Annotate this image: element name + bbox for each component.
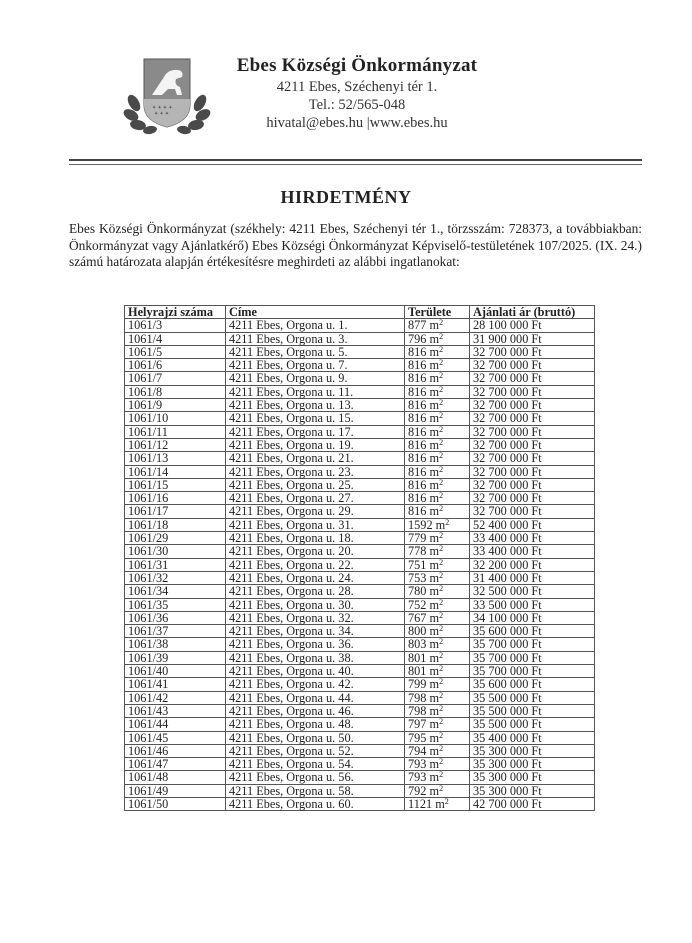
cell-hrsz: 1061/31 <box>125 558 226 571</box>
area-value: 752 <box>408 598 426 612</box>
cell-price: 32 500 000 Ft <box>470 585 595 598</box>
cell-area: 803 m2 <box>405 638 470 651</box>
header-price: Ajánlati ár (bruttó) <box>470 306 595 319</box>
cell-area: 752 m2 <box>405 598 470 611</box>
cell-area: 816 m2 <box>405 505 470 518</box>
area-unit: m <box>430 451 440 465</box>
area-unit-exponent: 2 <box>439 664 443 673</box>
area-value: 751 <box>408 558 426 572</box>
area-unit-exponent: 2 <box>439 465 443 474</box>
cell-hrsz: 1061/10 <box>125 412 226 425</box>
area-value: 794 <box>408 744 426 758</box>
cell-area: 816 m2 <box>405 345 470 358</box>
organization-address: 4211 Ebes, Széchenyi tér 1. <box>222 78 492 96</box>
cell-hrsz: 1061/47 <box>125 758 226 771</box>
table-row: 1061/364211 Ebes, Orgona u. 32.767 m234 … <box>125 611 595 624</box>
cell-price: 32 200 000 Ft <box>470 558 595 571</box>
area-unit-exponent: 2 <box>439 584 443 593</box>
area-value: 780 <box>408 584 426 598</box>
cell-hrsz: 1061/15 <box>125 478 226 491</box>
area-value: 816 <box>408 358 426 372</box>
area-unit: m <box>430 345 440 359</box>
cell-price: 32 700 000 Ft <box>470 478 595 491</box>
area-value: 816 <box>408 345 426 359</box>
cell-area: 816 m2 <box>405 412 470 425</box>
area-value: 816 <box>408 411 426 425</box>
cell-address: 4211 Ebes, Orgona u. 56. <box>226 771 405 784</box>
cell-address: 4211 Ebes, Orgona u. 27. <box>226 492 405 505</box>
area-value: 793 <box>408 757 426 771</box>
cell-hrsz: 1061/17 <box>125 505 226 518</box>
cell-address: 4211 Ebes, Orgona u. 48. <box>226 718 405 731</box>
header-area: Területe <box>405 306 470 319</box>
area-unit-exponent: 2 <box>439 478 443 487</box>
area-unit: m <box>430 637 440 651</box>
area-unit: m <box>430 677 440 691</box>
table-row: 1061/484211 Ebes, Orgona u. 56.793 m235 … <box>125 771 595 784</box>
cell-hrsz: 1061/5 <box>125 345 226 358</box>
cell-address: 4211 Ebes, Orgona u. 24. <box>226 571 405 584</box>
table-row: 1061/304211 Ebes, Orgona u. 20.778 m233 … <box>125 545 595 558</box>
table-row: 1061/294211 Ebes, Orgona u. 18.779 m233 … <box>125 532 595 545</box>
area-unit-exponent: 2 <box>439 770 443 779</box>
cell-price: 32 700 000 Ft <box>470 412 595 425</box>
area-value: 799 <box>408 677 426 691</box>
cell-price: 28 100 000 Ft <box>470 319 595 332</box>
cell-price: 35 300 000 Ft <box>470 771 595 784</box>
area-unit-exponent: 2 <box>439 544 443 553</box>
cell-hrsz: 1061/38 <box>125 638 226 651</box>
area-unit-exponent: 2 <box>439 598 443 607</box>
table-row: 1061/314211 Ebes, Orgona u. 22.751 m232 … <box>125 558 595 571</box>
table-row: 1061/444211 Ebes, Orgona u. 48.797 m235 … <box>125 718 595 731</box>
cell-area: 877 m2 <box>405 319 470 332</box>
cell-hrsz: 1061/39 <box>125 651 226 664</box>
cell-hrsz: 1061/40 <box>125 665 226 678</box>
table-row: 1061/394211 Ebes, Orgona u. 38.801 m235 … <box>125 651 595 664</box>
cell-area: 800 m2 <box>405 625 470 638</box>
cell-area: 779 m2 <box>405 532 470 545</box>
cell-area: 816 m2 <box>405 438 470 451</box>
table-row: 1061/34211 Ebes, Orgona u. 1.877 m228 10… <box>125 319 595 332</box>
cell-price: 33 400 000 Ft <box>470 545 595 558</box>
area-value: 798 <box>408 704 426 718</box>
table-row: 1061/384211 Ebes, Orgona u. 36.803 m235 … <box>125 638 595 651</box>
cell-hrsz: 1061/41 <box>125 678 226 691</box>
cell-address: 4211 Ebes, Orgona u. 30. <box>226 598 405 611</box>
area-value: 877 <box>408 318 426 332</box>
cell-price: 33 500 000 Ft <box>470 598 595 611</box>
area-unit: m <box>430 478 440 492</box>
cell-hrsz: 1061/18 <box>125 518 226 531</box>
cell-hrsz: 1061/44 <box>125 718 226 731</box>
area-unit: m <box>430 770 440 784</box>
table-row: 1061/134211 Ebes, Orgona u. 21.816 m232 … <box>125 452 595 465</box>
coat-of-arms-icon: ✦ ✦ ✦ ✦ ✦ ✦ ✦ <box>122 55 212 135</box>
cell-price: 32 700 000 Ft <box>470 452 595 465</box>
cell-address: 4211 Ebes, Orgona u. 18. <box>226 532 405 545</box>
cell-hrsz: 1061/11 <box>125 425 226 438</box>
table-row: 1061/494211 Ebes, Orgona u. 58.792 m235 … <box>125 784 595 797</box>
area-unit-exponent: 2 <box>439 531 443 540</box>
cell-address: 4211 Ebes, Orgona u. 7. <box>226 359 405 372</box>
cell-area: 793 m2 <box>405 758 470 771</box>
table-row: 1061/504211 Ebes, Orgona u. 60.1121 m242… <box>125 797 595 810</box>
cell-price: 35 500 000 Ft <box>470 691 595 704</box>
area-value: 1121 <box>408 797 432 811</box>
cell-address: 4211 Ebes, Orgona u. 1. <box>226 319 405 332</box>
cell-hrsz: 1061/43 <box>125 704 226 717</box>
cell-price: 32 700 000 Ft <box>470 425 595 438</box>
cell-price: 32 700 000 Ft <box>470 359 595 372</box>
table-row: 1061/84211 Ebes, Orgona u. 11.816 m232 7… <box>125 385 595 398</box>
area-unit: m <box>430 318 440 332</box>
area-unit: m <box>430 624 440 638</box>
area-unit: m <box>430 757 440 771</box>
area-value: 816 <box>408 385 426 399</box>
area-unit: m <box>430 398 440 412</box>
table-row: 1061/74211 Ebes, Orgona u. 9.816 m232 70… <box>125 372 595 385</box>
area-unit: m <box>430 598 440 612</box>
area-unit: m <box>430 544 440 558</box>
area-unit-exponent: 2 <box>439 744 443 753</box>
area-unit: m <box>430 504 440 518</box>
cell-area: 1121 m2 <box>405 797 470 810</box>
area-value: 816 <box>408 371 426 385</box>
area-value: 1592 <box>408 518 433 532</box>
cell-address: 4211 Ebes, Orgona u. 60. <box>226 797 405 810</box>
cell-price: 33 400 000 Ft <box>470 532 595 545</box>
area-unit: m <box>430 744 440 758</box>
cell-address: 4211 Ebes, Orgona u. 32. <box>226 611 405 624</box>
area-unit: m <box>430 704 440 718</box>
table-row: 1061/64211 Ebes, Orgona u. 7.816 m232 70… <box>125 359 595 372</box>
area-unit-exponent: 2 <box>439 637 443 646</box>
area-unit: m <box>430 491 440 505</box>
table-row: 1061/114211 Ebes, Orgona u. 17.816 m232 … <box>125 425 595 438</box>
cell-price: 35 700 000 Ft <box>470 651 595 664</box>
cell-address: 4211 Ebes, Orgona u. 58. <box>226 784 405 797</box>
area-value: 816 <box>408 451 426 465</box>
area-unit-exponent: 2 <box>439 425 443 434</box>
area-value: 753 <box>408 571 426 585</box>
cell-area: 816 m2 <box>405 452 470 465</box>
area-unit-exponent: 2 <box>439 784 443 793</box>
area-unit-exponent: 2 <box>439 651 443 660</box>
table-row: 1061/404211 Ebes, Orgona u. 40.801 m235 … <box>125 665 595 678</box>
area-value: 816 <box>408 425 426 439</box>
area-value: 798 <box>408 691 426 705</box>
area-value: 816 <box>408 438 426 452</box>
cell-price: 31 400 000 Ft <box>470 571 595 584</box>
cell-area: 792 m2 <box>405 784 470 797</box>
cell-hrsz: 1061/29 <box>125 532 226 545</box>
area-value: 796 <box>408 332 426 346</box>
cell-hrsz: 1061/3 <box>125 319 226 332</box>
area-unit-exponent: 2 <box>439 624 443 633</box>
cell-hrsz: 1061/9 <box>125 399 226 412</box>
cell-address: 4211 Ebes, Orgona u. 13. <box>226 399 405 412</box>
cell-hrsz: 1061/14 <box>125 465 226 478</box>
cell-area: 780 m2 <box>405 585 470 598</box>
area-unit: m <box>430 584 440 598</box>
area-unit-exponent: 2 <box>439 358 443 367</box>
cell-area: 753 m2 <box>405 571 470 584</box>
cell-price: 42 700 000 Ft <box>470 797 595 810</box>
area-value: 816 <box>408 478 426 492</box>
area-unit-exponent: 2 <box>439 371 443 380</box>
cell-area: 798 m2 <box>405 704 470 717</box>
table-header-row: Helyrajzi száma Címe Területe Ajánlati á… <box>125 306 595 319</box>
cell-price: 34 100 000 Ft <box>470 611 595 624</box>
document-title: HIRDETMÉNY <box>0 187 692 208</box>
cell-area: 816 m2 <box>405 372 470 385</box>
cell-price: 35 700 000 Ft <box>470 638 595 651</box>
cell-address: 4211 Ebes, Orgona u. 38. <box>226 651 405 664</box>
cell-price: 32 700 000 Ft <box>470 372 595 385</box>
cell-hrsz: 1061/46 <box>125 744 226 757</box>
area-value: 816 <box>408 465 426 479</box>
area-unit: m <box>430 558 440 572</box>
cell-price: 35 700 000 Ft <box>470 665 595 678</box>
cell-hrsz: 1061/45 <box>125 731 226 744</box>
area-unit-exponent: 2 <box>439 611 443 620</box>
cell-area: 798 m2 <box>405 691 470 704</box>
cell-address: 4211 Ebes, Orgona u. 40. <box>226 665 405 678</box>
area-unit: m <box>430 784 440 798</box>
area-unit: m <box>430 425 440 439</box>
cell-hrsz: 1061/35 <box>125 598 226 611</box>
cell-area: 797 m2 <box>405 718 470 731</box>
area-value: 793 <box>408 770 426 784</box>
area-unit-exponent: 2 <box>439 558 443 567</box>
organization-contact: hivatal@ebes.hu |www.ebes.hu <box>222 114 492 132</box>
area-value: 800 <box>408 624 426 638</box>
cell-area: 816 m2 <box>405 399 470 412</box>
area-unit-exponent: 2 <box>439 677 443 686</box>
cell-price: 35 300 000 Ft <box>470 744 595 757</box>
cell-hrsz: 1061/49 <box>125 784 226 797</box>
organization-name: Ebes Községi Önkormányzat <box>222 54 492 78</box>
table-row: 1061/144211 Ebes, Orgona u. 23.816 m232 … <box>125 465 595 478</box>
table-row: 1061/174211 Ebes, Orgona u. 29.816 m232 … <box>125 505 595 518</box>
cell-address: 4211 Ebes, Orgona u. 42. <box>226 678 405 691</box>
cell-price: 35 600 000 Ft <box>470 678 595 691</box>
cell-area: 793 m2 <box>405 771 470 784</box>
cell-address: 4211 Ebes, Orgona u. 52. <box>226 744 405 757</box>
cell-address: 4211 Ebes, Orgona u. 3. <box>226 332 405 345</box>
cell-price: 35 400 000 Ft <box>470 731 595 744</box>
cell-hrsz: 1061/48 <box>125 771 226 784</box>
area-value: 797 <box>408 717 426 731</box>
area-unit-exponent: 2 <box>439 704 443 713</box>
area-value: 816 <box>408 491 426 505</box>
area-unit: m <box>430 691 440 705</box>
cell-hrsz: 1061/50 <box>125 797 226 810</box>
area-unit: m <box>430 332 440 346</box>
cell-price: 35 600 000 Ft <box>470 625 595 638</box>
area-value: 778 <box>408 544 426 558</box>
table-row: 1061/164211 Ebes, Orgona u. 27.816 m232 … <box>125 492 595 505</box>
cell-price: 32 700 000 Ft <box>470 345 595 358</box>
table-row: 1061/44211 Ebes, Orgona u. 3.796 m231 90… <box>125 332 595 345</box>
property-table: Helyrajzi száma Címe Területe Ajánlati á… <box>124 305 595 811</box>
cell-area: 778 m2 <box>405 545 470 558</box>
area-unit: m <box>435 797 445 811</box>
cell-address: 4211 Ebes, Orgona u. 22. <box>226 558 405 571</box>
cell-area: 816 m2 <box>405 385 470 398</box>
area-value: 801 <box>408 664 426 678</box>
cell-area: 799 m2 <box>405 678 470 691</box>
area-value: 803 <box>408 637 426 651</box>
cell-price: 31 900 000 Ft <box>470 332 595 345</box>
cell-address: 4211 Ebes, Orgona u. 44. <box>226 691 405 704</box>
cell-hrsz: 1061/13 <box>125 452 226 465</box>
area-value: 779 <box>408 531 426 545</box>
cell-area: 767 m2 <box>405 611 470 624</box>
area-unit: m <box>430 571 440 585</box>
cell-hrsz: 1061/8 <box>125 385 226 398</box>
cell-hrsz: 1061/30 <box>125 545 226 558</box>
cell-address: 4211 Ebes, Orgona u. 46. <box>226 704 405 717</box>
header-hrsz: Helyrajzi száma <box>125 306 226 319</box>
area-value: 792 <box>408 784 426 798</box>
area-unit: m <box>430 611 440 625</box>
cell-address: 4211 Ebes, Orgona u. 5. <box>226 345 405 358</box>
area-unit-exponent: 2 <box>439 571 443 580</box>
area-unit: m <box>436 518 446 532</box>
area-unit: m <box>430 358 440 372</box>
area-unit: m <box>430 438 440 452</box>
cell-address: 4211 Ebes, Orgona u. 17. <box>226 425 405 438</box>
cell-address: 4211 Ebes, Orgona u. 9. <box>226 372 405 385</box>
cell-address: 4211 Ebes, Orgona u. 29. <box>226 505 405 518</box>
cell-price: 35 300 000 Ft <box>470 784 595 797</box>
table-row: 1061/434211 Ebes, Orgona u. 46.798 m235 … <box>125 704 595 717</box>
area-unit-exponent: 2 <box>439 385 443 394</box>
area-unit-exponent: 2 <box>439 411 443 420</box>
cell-address: 4211 Ebes, Orgona u. 11. <box>226 385 405 398</box>
table-row: 1061/344211 Ebes, Orgona u. 28.780 m232 … <box>125 585 595 598</box>
area-unit-exponent: 2 <box>439 451 443 460</box>
area-unit-exponent: 2 <box>445 518 449 527</box>
area-value: 816 <box>408 398 426 412</box>
cell-hrsz: 1061/36 <box>125 611 226 624</box>
cell-hrsz: 1061/6 <box>125 359 226 372</box>
cell-area: 816 m2 <box>405 359 470 372</box>
table-row: 1061/104211 Ebes, Orgona u. 15.816 m232 … <box>125 412 595 425</box>
table-row: 1061/454211 Ebes, Orgona u. 50.795 m235 … <box>125 731 595 744</box>
area-unit-exponent: 2 <box>439 398 443 407</box>
cell-hrsz: 1061/34 <box>125 585 226 598</box>
area-unit-exponent: 2 <box>439 438 443 447</box>
cell-price: 52 400 000 Ft <box>470 518 595 531</box>
area-value: 801 <box>408 651 426 665</box>
cell-price: 35 300 000 Ft <box>470 758 595 771</box>
cell-area: 816 m2 <box>405 425 470 438</box>
cell-area: 816 m2 <box>405 492 470 505</box>
area-unit-exponent: 2 <box>439 691 443 700</box>
area-unit: m <box>430 411 440 425</box>
cell-address: 4211 Ebes, Orgona u. 31. <box>226 518 405 531</box>
table-row: 1061/154211 Ebes, Orgona u. 25.816 m232 … <box>125 478 595 491</box>
cell-price: 32 700 000 Ft <box>470 505 595 518</box>
table-row: 1061/184211 Ebes, Orgona u. 31.1592 m252… <box>125 518 595 531</box>
table-row: 1061/474211 Ebes, Orgona u. 54.793 m235 … <box>125 758 595 771</box>
cell-area: 801 m2 <box>405 651 470 664</box>
cell-price: 35 500 000 Ft <box>470 704 595 717</box>
cell-address: 4211 Ebes, Orgona u. 50. <box>226 731 405 744</box>
svg-text:✦ ✦ ✦ ✦: ✦ ✦ ✦ ✦ <box>152 105 173 111</box>
area-unit-exponent: 2 <box>439 757 443 766</box>
letterhead: Ebes Községi Önkormányzat 4211 Ebes, Szé… <box>222 54 492 132</box>
table-row: 1061/324211 Ebes, Orgona u. 24.753 m231 … <box>125 571 595 584</box>
cell-price: 32 700 000 Ft <box>470 465 595 478</box>
area-unit: m <box>430 664 440 678</box>
cell-address: 4211 Ebes, Orgona u. 34. <box>226 625 405 638</box>
cell-hrsz: 1061/7 <box>125 372 226 385</box>
area-unit-exponent: 2 <box>445 797 449 806</box>
area-unit: m <box>430 465 440 479</box>
cell-address: 4211 Ebes, Orgona u. 28. <box>226 585 405 598</box>
table-row: 1061/354211 Ebes, Orgona u. 30.752 m233 … <box>125 598 595 611</box>
area-value: 795 <box>408 731 426 745</box>
area-value: 767 <box>408 611 426 625</box>
cell-hrsz: 1061/42 <box>125 691 226 704</box>
cell-hrsz: 1061/37 <box>125 625 226 638</box>
intro-paragraph: Ebes Községi Önkormányzat (székhely: 421… <box>69 221 642 271</box>
cell-area: 816 m2 <box>405 478 470 491</box>
table-row: 1061/464211 Ebes, Orgona u. 52.794 m235 … <box>125 744 595 757</box>
area-unit: m <box>430 385 440 399</box>
organization-phone: Tel.: 52/565-048 <box>222 96 492 114</box>
area-unit: m <box>430 731 440 745</box>
cell-area: 816 m2 <box>405 465 470 478</box>
cell-address: 4211 Ebes, Orgona u. 25. <box>226 478 405 491</box>
area-unit-exponent: 2 <box>439 491 443 500</box>
cell-address: 4211 Ebes, Orgona u. 36. <box>226 638 405 651</box>
area-unit-exponent: 2 <box>439 318 443 327</box>
cell-address: 4211 Ebes, Orgona u. 19. <box>226 438 405 451</box>
cell-address: 4211 Ebes, Orgona u. 54. <box>226 758 405 771</box>
cell-area: 794 m2 <box>405 744 470 757</box>
table-row: 1061/124211 Ebes, Orgona u. 19.816 m232 … <box>125 438 595 451</box>
cell-area: 751 m2 <box>405 558 470 571</box>
cell-address: 4211 Ebes, Orgona u. 15. <box>226 412 405 425</box>
area-unit-exponent: 2 <box>439 345 443 354</box>
cell-hrsz: 1061/16 <box>125 492 226 505</box>
area-unit: m <box>430 651 440 665</box>
header-divider <box>69 159 642 165</box>
area-unit-exponent: 2 <box>439 717 443 726</box>
table-row: 1061/414211 Ebes, Orgona u. 42.799 m235 … <box>125 678 595 691</box>
cell-address: 4211 Ebes, Orgona u. 21. <box>226 452 405 465</box>
cell-hrsz: 1061/32 <box>125 571 226 584</box>
area-unit-exponent: 2 <box>439 731 443 740</box>
area-unit-exponent: 2 <box>439 504 443 513</box>
table-row: 1061/94211 Ebes, Orgona u. 13.816 m232 7… <box>125 399 595 412</box>
cell-area: 795 m2 <box>405 731 470 744</box>
cell-price: 32 700 000 Ft <box>470 385 595 398</box>
cell-hrsz: 1061/12 <box>125 438 226 451</box>
table-row: 1061/374211 Ebes, Orgona u. 34.800 m235 … <box>125 625 595 638</box>
cell-price: 35 500 000 Ft <box>470 718 595 731</box>
cell-price: 32 700 000 Ft <box>470 438 595 451</box>
area-unit-exponent: 2 <box>439 332 443 341</box>
area-unit: m <box>430 371 440 385</box>
cell-address: 4211 Ebes, Orgona u. 20. <box>226 545 405 558</box>
cell-price: 32 700 000 Ft <box>470 492 595 505</box>
